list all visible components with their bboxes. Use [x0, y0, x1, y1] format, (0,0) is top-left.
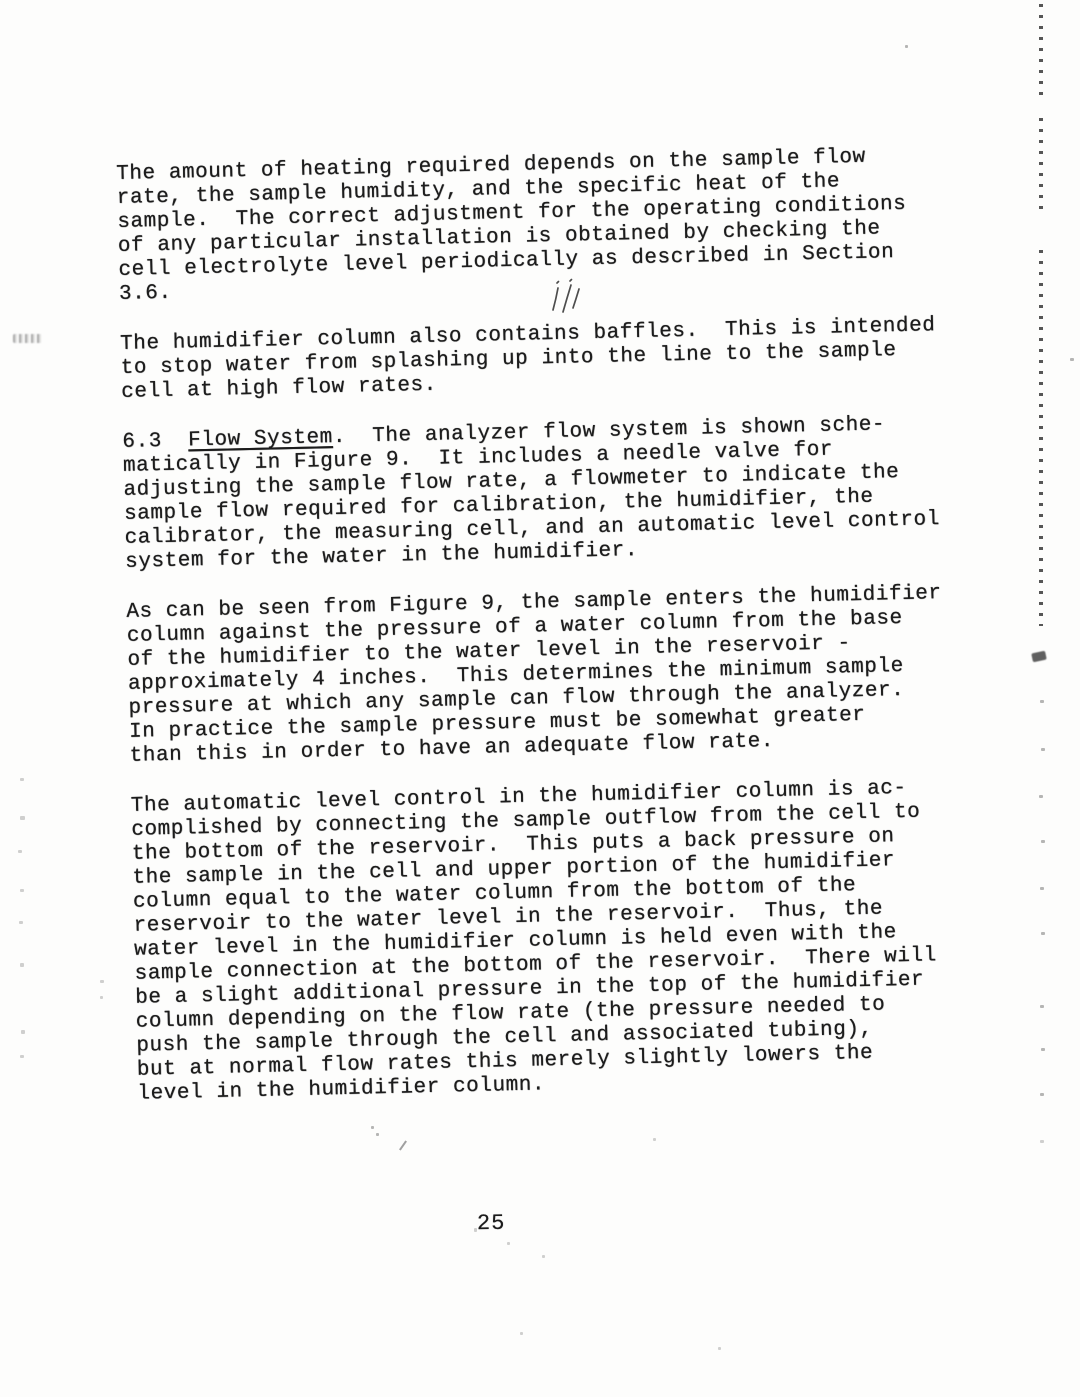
scan-noise-speck — [1040, 1005, 1044, 1008]
scan-noise-speck — [21, 1030, 25, 1034]
scan-noise-speck — [653, 1138, 656, 1141]
paragraph: The automatic level control in the humid… — [131, 775, 988, 1106]
scan-noise-speck — [1070, 358, 1074, 361]
scan-noise-speck — [1041, 1048, 1045, 1051]
scan-noise-speck — [507, 1242, 510, 1245]
scan-noise-speck — [18, 850, 22, 853]
scan-noise-speck — [100, 980, 104, 983]
page-number: 25 — [477, 1211, 506, 1236]
scan-noise-speck — [20, 1055, 24, 1058]
scan-noise-speck — [1041, 748, 1045, 751]
scan-noise-blot — [1031, 651, 1047, 663]
handwritten-scribble-mark — [546, 277, 590, 317]
scan-noise-speck — [718, 1347, 721, 1350]
scan-noise-speck — [1040, 887, 1044, 890]
scan-noise-speck — [1040, 1140, 1044, 1143]
scan-noise-speck — [19, 921, 23, 924]
scan-noise-speck — [371, 1126, 374, 1129]
scan-noise-strip — [1039, 250, 1043, 626]
scan-noise-speck — [1040, 1093, 1044, 1096]
scan-noise-speck — [542, 1255, 545, 1258]
scanned-document-page: The amount of heating required depends o… — [0, 0, 1080, 1397]
pen-tick-mark — [399, 1140, 407, 1150]
scan-noise-speck — [520, 1332, 523, 1335]
left-margin-smudge — [13, 334, 42, 343]
scan-noise-speck — [20, 889, 24, 892]
scan-noise-speck — [376, 1133, 379, 1136]
scan-noise-strip — [1039, 4, 1043, 96]
scan-noise-speck — [1040, 700, 1044, 703]
paragraph: 6.3 Flow System. The analyzer flow syste… — [122, 411, 975, 575]
scan-noise-speck — [20, 963, 24, 967]
paragraph: As can be seen from Figure 9, the sample… — [126, 581, 980, 769]
section-title-underlined: Flow System — [188, 426, 333, 452]
scan-noise-strip — [1039, 118, 1043, 214]
scan-noise-speck — [474, 1228, 477, 1232]
paragraph: The humidifier column also contains baff… — [120, 313, 971, 405]
scan-noise-speck — [20, 816, 25, 820]
scan-noise-speck — [905, 45, 908, 48]
paragraph: The amount of heating required depends o… — [116, 143, 969, 307]
scan-noise-speck — [20, 778, 24, 781]
scan-noise-speck — [1039, 795, 1043, 798]
scan-noise-speck — [100, 996, 103, 999]
scan-noise-speck — [1041, 932, 1045, 935]
scan-noise-speck — [1041, 840, 1045, 843]
